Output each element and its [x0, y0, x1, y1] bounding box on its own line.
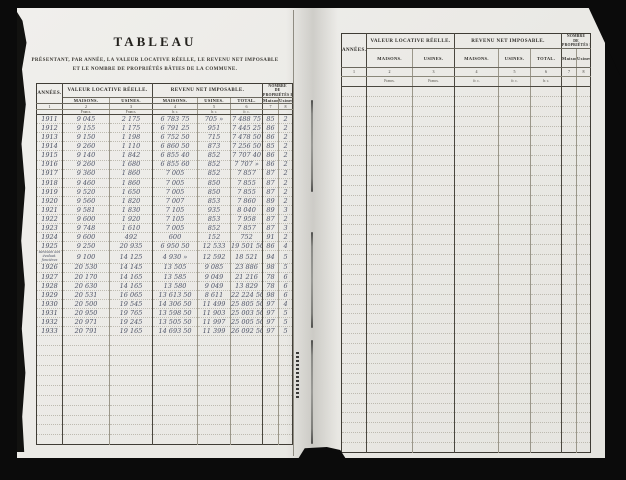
value-cell: 9 085 — [198, 263, 231, 272]
table-row: 19199 5201 6507 0058507 855872 — [37, 187, 293, 196]
year-cell: 1925 — [37, 242, 63, 251]
value-cell: 1 842 — [110, 151, 153, 160]
value-cell: 97 — [263, 318, 279, 327]
empty-table-row — [342, 443, 591, 453]
page-subtitle-line1: PRÉSENTANT, PAR ANNÉE, LA VALEUR LOCATIV… — [17, 58, 293, 63]
value-cell: 1 680 — [110, 160, 153, 169]
value-cell: 13 505 — [153, 263, 198, 272]
empty-table-row — [342, 255, 591, 265]
value-cell: 87 — [263, 169, 279, 178]
empty-table-row — [342, 373, 591, 383]
value-cell: 13 505 50 — [153, 318, 198, 327]
value-cell: 7 005 — [153, 178, 198, 187]
year-cell: 1933 — [37, 327, 63, 336]
value-cell: 9 150 — [63, 133, 110, 142]
value-cell: 14 145 — [110, 263, 153, 272]
table-row: Révision des évaluat. foncières9 10014 1… — [37, 251, 293, 263]
empty-table-row — [37, 336, 293, 346]
value-cell: 98 — [263, 263, 279, 272]
value-cell: 20 630 — [63, 281, 110, 290]
year-cell: 1913 — [37, 133, 63, 142]
value-cell: 87 — [263, 187, 279, 196]
page-title: TABLEAU — [17, 34, 293, 50]
value-cell: 9 045 — [63, 115, 110, 124]
value-cell: 13 829 — [231, 281, 263, 290]
empty-table-row — [342, 166, 591, 176]
value-cell: 7 105 — [153, 206, 198, 215]
value-cell: 9 049 — [198, 281, 231, 290]
subheader-maisons-vl: MAISONS. — [367, 49, 413, 68]
value-cell: 705 » — [198, 115, 231, 124]
empty-table-row — [342, 294, 591, 304]
empty-table-row — [342, 106, 591, 116]
value-cell: 7 478 50 — [231, 133, 263, 142]
value-cell: 7 855 — [231, 178, 263, 187]
value-cell: 23 886 — [231, 263, 263, 272]
value-cell: 86 — [263, 160, 279, 169]
value-cell: 873 — [198, 142, 231, 151]
value-cell: 4 930 » — [153, 251, 198, 263]
left-page-edge-line — [293, 10, 294, 456]
empty-table-row — [342, 274, 591, 284]
empty-table-row — [342, 284, 591, 294]
value-cell: 935 — [198, 206, 231, 215]
value-cell: 97 — [263, 309, 279, 318]
value-cell: 1 110 — [110, 142, 153, 151]
year-cell: 1911 — [37, 115, 63, 124]
empty-table-row — [342, 126, 591, 136]
value-cell: 7 105 — [153, 215, 198, 224]
value-cell: 89 — [263, 196, 279, 205]
value-cell: 9 260 — [63, 142, 110, 151]
value-cell: 7 958 — [231, 215, 263, 224]
value-cell: 7 488 75 — [231, 115, 263, 124]
value-cell: 98 — [263, 290, 279, 299]
value-cell: 11 399 — [198, 327, 231, 336]
table-row: 193120 95019 76513 598 5011 90325 003 50… — [37, 309, 293, 318]
table-row: 19209 5601 8207 0078537 860892 — [37, 196, 293, 205]
value-cell: 18 521 — [231, 251, 263, 263]
value-cell: 7 707 40 — [231, 151, 263, 160]
subheader-maisons-nb: Maisons. — [562, 49, 577, 68]
value-cell: 1 175 — [110, 124, 153, 133]
valuation-table-right: ANNÉES. VALEUR LOCATIVE RÉELLE. REVENU N… — [341, 33, 591, 453]
empty-table-row — [342, 156, 591, 166]
value-cell: 19 245 — [110, 318, 153, 327]
empty-table-row — [342, 413, 591, 423]
value-cell: 850 — [198, 187, 231, 196]
table-row: 19259 25020 9356 950 5012 53319 501 5086… — [37, 242, 293, 251]
value-cell: 25 003 50 — [231, 309, 263, 318]
value-cell: 20 950 — [63, 309, 110, 318]
value-cell: 9 748 — [63, 224, 110, 233]
empty-table-row — [37, 395, 293, 405]
empty-table-row — [342, 433, 591, 443]
group-header-revenu-net: REVENU NET IMPOSABLE. — [455, 34, 562, 49]
empty-table-row — [342, 96, 591, 106]
value-cell: 852 — [198, 224, 231, 233]
table-row: 193220 97119 24513 505 5011 99725 005 50… — [37, 318, 293, 327]
table-row: 192820 63014 16513 5809 04913 829786 — [37, 281, 293, 290]
value-cell: 19 545 — [110, 300, 153, 309]
table-row: 193320 79119 16514 693 5011 39926 092 50… — [37, 327, 293, 336]
value-cell: 852 — [198, 160, 231, 169]
empty-table-row — [37, 405, 293, 415]
value-cell: 9 155 — [63, 124, 110, 133]
value-cell: 14 165 — [110, 281, 153, 290]
empty-table-row — [342, 215, 591, 225]
value-cell: 9 360 — [63, 169, 110, 178]
value-cell: 85 — [263, 142, 279, 151]
value-cell: 1 198 — [110, 133, 153, 142]
value-cell: 11 499 — [198, 300, 231, 309]
value-cell: 7 855 — [231, 187, 263, 196]
empty-table-row — [342, 245, 591, 255]
empty-table-row — [37, 415, 293, 425]
value-cell: 7 707 » — [231, 160, 263, 169]
table-row: 19159 1401 8426 855 408527 707 40862 — [37, 151, 293, 160]
empty-table-row — [342, 393, 591, 403]
empty-table-row — [342, 185, 591, 195]
value-cell: 20 170 — [63, 272, 110, 281]
empty-table-row — [342, 334, 591, 344]
value-cell: 13 598 50 — [153, 309, 198, 318]
value-cell: 9 460 — [63, 178, 110, 187]
table-row: 192620 53014 14513 5059 08523 886985 — [37, 263, 293, 272]
value-cell: 2 175 — [110, 115, 153, 124]
table-row: 19219 5811 8307 1059358 040893 — [37, 206, 293, 215]
value-cell: 9 260 — [63, 160, 110, 169]
value-cell: 13 613 50 — [153, 290, 198, 299]
table-row: 19189 4601 8607 0058507 855872 — [37, 178, 293, 187]
empty-table-row — [342, 363, 591, 373]
subheader-maisons-rn: MAISONS. — [455, 49, 499, 68]
column-header-annees: ANNÉES. — [37, 84, 63, 104]
column-number-row: 1 2 3 4 5 6 7 8 — [342, 68, 591, 77]
year-cell: 1932 — [37, 318, 63, 327]
value-cell: 12 592 — [198, 251, 231, 263]
empty-table-row — [37, 425, 293, 435]
table-row: 193020 50019 54514 306 5011 49925 805 50… — [37, 300, 293, 309]
value-cell: 87 — [263, 224, 279, 233]
value-cell: 6 950 50 — [153, 242, 198, 251]
value-cell: 26 092 50 — [231, 327, 263, 336]
year-cell: 1919 — [37, 187, 63, 196]
year-cell: 1917 — [37, 169, 63, 178]
empty-table-row — [342, 324, 591, 334]
subheader-total: TOTAL. — [531, 49, 562, 68]
value-cell: 9 560 — [63, 196, 110, 205]
table-row: 19139 1501 1986 752 507157 478 50862 — [37, 133, 293, 142]
value-cell: 86 — [263, 242, 279, 251]
value-cell: 853 — [198, 215, 231, 224]
value-cell: 7 007 — [153, 196, 198, 205]
empty-table-row — [342, 176, 591, 186]
value-cell: 1 830 — [110, 206, 153, 215]
value-cell: 13 580 — [153, 281, 198, 290]
subheader-usines-rn: USINES. — [499, 49, 531, 68]
value-cell: 9 581 — [63, 206, 110, 215]
year-cell: 1928 — [37, 281, 63, 290]
value-cell: 86 — [263, 151, 279, 160]
value-cell: 12 533 — [198, 242, 231, 251]
value-cell: 78 — [263, 281, 279, 290]
empty-table-row — [342, 423, 591, 433]
value-cell: 91 — [263, 233, 279, 242]
value-cell: 1 860 — [110, 169, 153, 178]
value-cell: 9 600 — [63, 215, 110, 224]
empty-table-row — [37, 346, 293, 356]
value-cell: 1 820 — [110, 196, 153, 205]
binding-stitch-bottom — [311, 340, 313, 444]
value-cell: 7 445 25 — [231, 124, 263, 133]
value-cell: 7 857 — [231, 169, 263, 178]
page-subtitle-line2: ET LE NOMBRE DE PROPRIÉTÉS BÂTIES DE LA … — [17, 67, 293, 72]
value-cell: 6 855 60 — [153, 160, 198, 169]
value-cell: 20 531 — [63, 290, 110, 299]
empty-table-row — [342, 314, 591, 324]
empty-table-row — [37, 366, 293, 376]
value-cell: 6 783 75 — [153, 115, 198, 124]
gutter-stamp — [296, 352, 299, 400]
value-cell: 852 — [198, 169, 231, 178]
year-cell: 1926 — [37, 263, 63, 272]
value-cell: 14 165 — [110, 272, 153, 281]
value-cell: 7 857 — [231, 224, 263, 233]
table-row: 192720 17014 16513 5859 04921 216786 — [37, 272, 293, 281]
year-cell: 1922 — [37, 215, 63, 224]
value-cell: 16 065 — [110, 290, 153, 299]
empty-table-row — [342, 265, 591, 275]
year-cell: 1923 — [37, 224, 63, 233]
table-row: 19119 0452 1756 783 75705 »7 488 75852 — [37, 115, 293, 124]
value-cell: 853 — [198, 196, 231, 205]
year-cell: 1918 — [37, 178, 63, 187]
subheader-usines-vl: USINES. — [413, 49, 455, 68]
year-cell: 1916 — [37, 160, 63, 169]
value-cell: 13 585 — [153, 272, 198, 281]
value-cell: 6 855 40 — [153, 151, 198, 160]
value-cell: 19 765 — [110, 309, 153, 318]
value-cell: 22 224 50 — [231, 290, 263, 299]
empty-table-row — [342, 344, 591, 354]
empty-table-row — [37, 356, 293, 366]
table-row: 19229 6001 9207 1058537 958872 — [37, 215, 293, 224]
table-row: 192920 53116 06513 613 508 61122 224 509… — [37, 290, 293, 299]
value-cell: 752 — [231, 233, 263, 242]
empty-table-row — [342, 87, 591, 97]
value-cell: 7 005 — [153, 187, 198, 196]
value-cell: 97 — [263, 300, 279, 309]
empty-table-row — [342, 205, 591, 215]
empty-table-row — [37, 376, 293, 386]
value-cell: 715 — [198, 133, 231, 142]
value-cell: 600 — [153, 233, 198, 242]
value-cell: 1 860 — [110, 178, 153, 187]
empty-table-row — [37, 385, 293, 395]
group-header-nombre-proprietes: NOMBRE DE PROPRIÉTÉS BÂTIES. — [562, 34, 591, 49]
table-row: 19149 2601 1106 860 508737 256 50852 — [37, 142, 293, 151]
empty-table-row — [342, 146, 591, 156]
year-cell: 1915 — [37, 151, 63, 160]
empty-table-row — [342, 383, 591, 393]
value-cell: 1 610 — [110, 224, 153, 233]
value-cell: 7 005 — [153, 224, 198, 233]
value-cell: 7 860 — [231, 196, 263, 205]
empty-table-row — [342, 304, 591, 314]
value-cell: 9 100 — [63, 251, 110, 263]
value-cell: 850 — [198, 178, 231, 187]
table-row: 19169 2601 6806 855 608527 707 »862 — [37, 160, 293, 169]
year-cell: 1920 — [37, 196, 63, 205]
binding-stitch-middle — [311, 232, 313, 328]
value-cell: 9 049 — [198, 272, 231, 281]
value-cell: 20 935 — [110, 242, 153, 251]
value-cell: 11 903 — [198, 309, 231, 318]
empty-table-row — [342, 116, 591, 126]
value-cell: 87 — [263, 215, 279, 224]
value-cell: 25 805 50 — [231, 300, 263, 309]
year-cell: 1927 — [37, 272, 63, 281]
year-cell: 1931 — [37, 309, 63, 318]
empty-table-row — [342, 195, 591, 205]
value-cell: 25 005 50 — [231, 318, 263, 327]
value-cell: 9 600 — [63, 233, 110, 242]
value-cell: 9 520 — [63, 187, 110, 196]
left-page: TABLEAU PRÉSENTANT, PAR ANNÉE, LA VALEUR… — [17, 8, 293, 72]
group-header-valeur-locative: VALEUR LOCATIVE RÉELLE. — [367, 34, 455, 49]
value-cell: 19 165 — [110, 327, 153, 336]
value-cell: 14 125 — [110, 251, 153, 263]
binding-stitch-top — [311, 100, 313, 192]
empty-table-row — [37, 435, 293, 445]
value-cell: 20 791 — [63, 327, 110, 336]
value-cell: 6 791 25 — [153, 124, 198, 133]
year-cell: 1921 — [37, 206, 63, 215]
value-cell: 97 — [263, 327, 279, 336]
year-cell: 1929 — [37, 290, 63, 299]
value-cell: 7 256 50 — [231, 142, 263, 151]
empty-table-row — [342, 403, 591, 413]
year-cell: 1912 — [37, 124, 63, 133]
value-cell: 87 — [263, 178, 279, 187]
value-cell: 152 — [198, 233, 231, 242]
empty-table-row — [342, 354, 591, 364]
group-header-revenu-net: REVENU NET IMPOSABLE. — [153, 84, 263, 98]
valuation-table-left: ANNÉES. VALEUR LOCATIVE RÉELLE. REVENU N… — [36, 83, 293, 445]
empty-table-row — [342, 235, 591, 245]
group-header-valeur-locative: VALEUR LOCATIVE RÉELLE. — [63, 84, 153, 98]
year-cell: 1930 — [37, 300, 63, 309]
value-cell: 852 — [198, 151, 231, 160]
value-cell: 20 971 — [63, 318, 110, 327]
value-cell: 14 306 50 — [153, 300, 198, 309]
value-cell: 6 752 50 — [153, 133, 198, 142]
year-cell: Révision des évaluat. foncières — [37, 251, 63, 263]
value-cell: 21 216 — [231, 272, 263, 281]
subheader-usines-nb: Usines. — [577, 49, 591, 68]
value-cell: 19 501 50 — [231, 242, 263, 251]
table-row: 19249 600492600152752912 — [37, 233, 293, 242]
value-cell: 1 920 — [110, 215, 153, 224]
value-cell: 492 — [110, 233, 153, 242]
value-cell: 8 611 — [198, 290, 231, 299]
table-row: 19179 3601 8607 0058527 857872 — [37, 169, 293, 178]
value-cell: 1 650 — [110, 187, 153, 196]
empty-table-row — [342, 136, 591, 146]
value-cell: 6 860 50 — [153, 142, 198, 151]
table-row: 19129 1551 1756 791 259517 445 25862 — [37, 124, 293, 133]
year-cell: 1924 — [37, 233, 63, 242]
subheader-maisons-nb: Maisons. — [263, 98, 279, 104]
value-cell: 86 — [263, 133, 279, 142]
value-cell: 94 — [263, 251, 279, 263]
value-cell: 11 997 — [198, 318, 231, 327]
column-header-annees: ANNÉES. — [342, 34, 367, 68]
value-cell: 7 005 — [153, 169, 198, 178]
value-cell: 20 500 — [63, 300, 110, 309]
units-row: Francs. Francs. fr. c. fr. c. fr. c. — [342, 77, 591, 87]
empty-table-row — [342, 225, 591, 235]
value-cell: 14 693 50 — [153, 327, 198, 336]
value-cell: 9 250 — [63, 242, 110, 251]
value-cell: 78 — [263, 272, 279, 281]
year-cell: 1914 — [37, 142, 63, 151]
value-cell: 9 140 — [63, 151, 110, 160]
value-cell: 8 040 — [231, 206, 263, 215]
table-row: 19239 7481 6107 0058527 857873 — [37, 224, 293, 233]
value-cell: 20 530 — [63, 263, 110, 272]
value-cell: 89 — [263, 206, 279, 215]
scanned-document: TABLEAU PRÉSENTANT, PAR ANNÉE, LA VALEUR… — [0, 0, 626, 480]
value-cell: 86 — [263, 124, 279, 133]
value-cell: 85 — [263, 115, 279, 124]
value-cell: 951 — [198, 124, 231, 133]
